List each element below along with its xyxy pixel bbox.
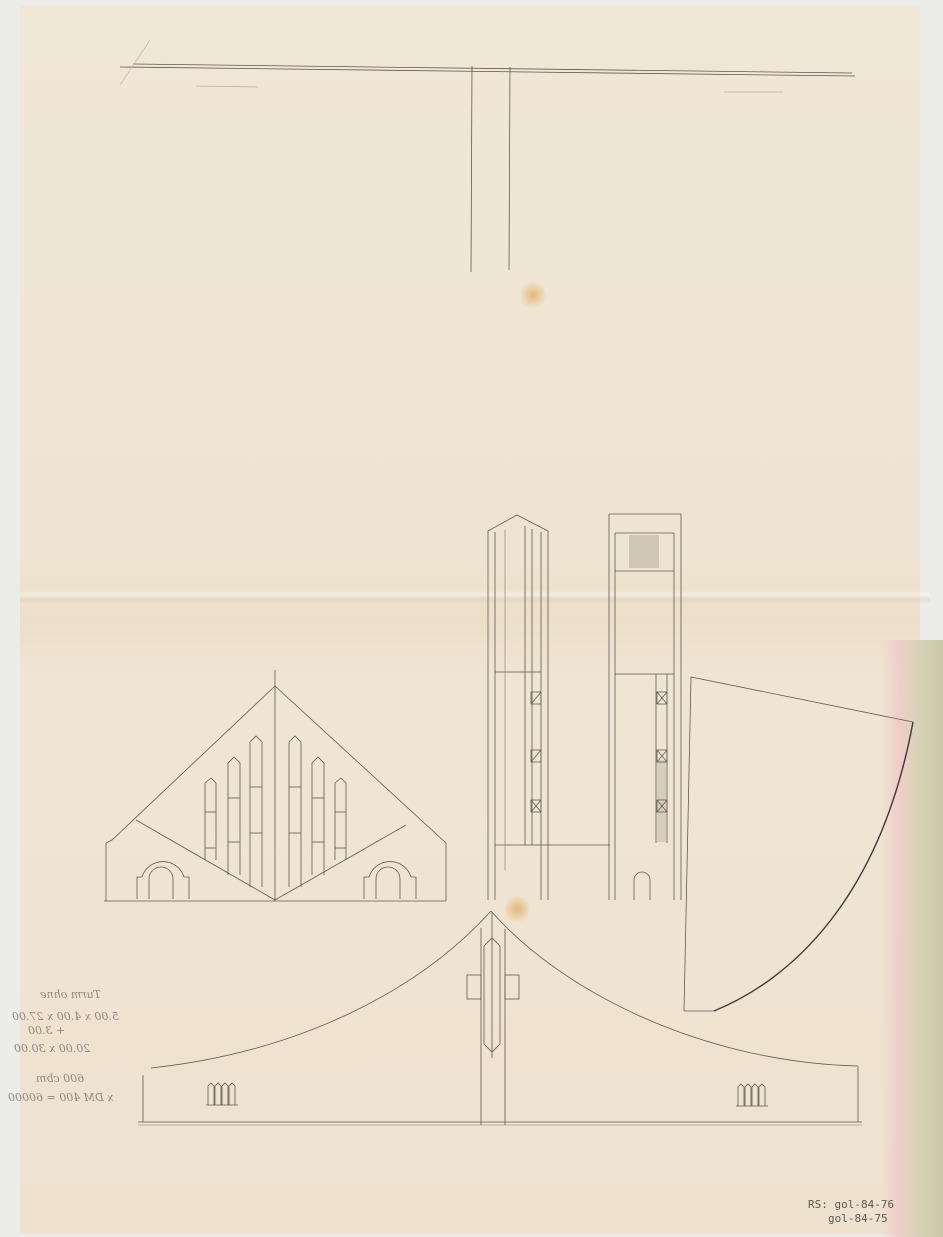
architectural-drawing xyxy=(0,0,943,1237)
church-gable-elevation xyxy=(104,670,446,901)
roof-small-windows-left xyxy=(206,1083,238,1105)
gable-windows xyxy=(205,736,346,887)
note-line: x DM 400 = 60000 xyxy=(8,1091,113,1104)
orange-stain-bottom xyxy=(505,893,529,925)
curved-roof-elevation xyxy=(138,911,862,1125)
note-line: + 3.00 xyxy=(28,1024,65,1037)
top-section-line xyxy=(120,40,855,272)
note-line: 20.00 x 30.00 xyxy=(14,1042,90,1055)
archive-id: gol-84-75 xyxy=(828,1212,888,1225)
roof-small-windows-right xyxy=(736,1084,768,1106)
note-line: 600 cbm xyxy=(36,1072,84,1085)
quarter-circle-plan xyxy=(684,677,913,1011)
archive-id: RS: gol-84-76 xyxy=(808,1198,894,1211)
tower-elevation-front xyxy=(488,515,610,900)
gable-doors xyxy=(137,862,416,899)
orange-stain-top xyxy=(520,280,546,310)
note-line: 5.00 x 4.00 x 27.00 xyxy=(12,1010,119,1023)
note-line: Turm ohne xyxy=(40,988,101,1001)
tower-elevation-side xyxy=(609,514,681,900)
